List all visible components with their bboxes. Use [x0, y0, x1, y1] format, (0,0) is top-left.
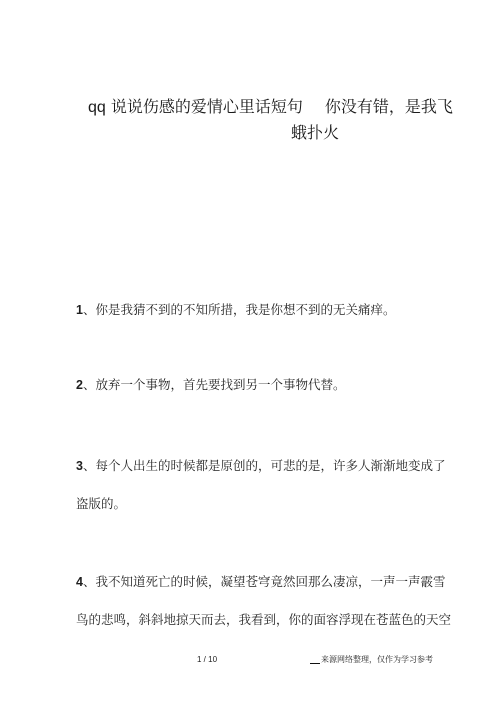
title-subtitle-text: 你没有错，是我飞: [325, 97, 453, 116]
paragraph-number: 4: [76, 575, 83, 589]
paragraph-3-continuation: 盗版的。: [76, 496, 126, 512]
paragraph-3: 3、每个人出生的时候都是原创的，可悲的是，许多人渐渐地变成了: [76, 458, 445, 474]
paragraph-text: 我不知道死亡的时候，凝望苍穹竟然回那么凄凉，一声一声霰雪: [95, 574, 445, 589]
paragraph-text: 每个人出生的时候都是原创的，可悲的是，许多人渐渐地变成了: [95, 458, 445, 473]
paragraph-4-continuation: 鸟的悲鸣，斜斜地掠天而去，我看到，你的面容浮现在苍蓝色的天空: [76, 612, 451, 628]
paragraph-2: 2、放弃一个事物，首先要找到另一个事物代替。: [76, 377, 345, 393]
paragraph-text: 你是我猜不到的不知所措，我是你想不到的无关痛痒。: [95, 302, 395, 317]
paragraph-separator: 、: [83, 377, 96, 392]
paragraph-number: 2: [76, 378, 83, 392]
document-title-line-1: qq 说说伤感的爱情心里话短句你没有错，是我飞: [88, 97, 453, 118]
paragraph-separator: 、: [83, 458, 96, 473]
title-latin-prefix: qq: [88, 99, 106, 116]
paragraph-1: 1、你是我猜不到的不知所措，我是你想不到的无关痛痒。: [76, 302, 395, 318]
source-note-text: 来源网络整理，仅作为学习参考: [321, 654, 433, 665]
document-title-line-2: 蛾扑火: [291, 123, 339, 143]
underline-mark: [310, 663, 320, 664]
page-indicator: 1 / 10: [197, 654, 217, 665]
paragraph-number: 3: [76, 459, 83, 473]
paragraph-4: 4、我不知道死亡的时候，凝望苍穹竟然回那么凄凉，一声一声霰雪: [76, 574, 445, 590]
paragraph-text: 放弃一个事物，首先要找到另一个事物代替。: [95, 377, 345, 392]
paragraph-separator: 、: [83, 302, 96, 317]
title-main-text: 说说伤感的爱情心里话短句: [111, 97, 303, 116]
paragraph-number: 1: [76, 303, 83, 317]
paragraph-separator: 、: [83, 574, 96, 589]
source-note: 来源网络整理，仅作为学习参考: [310, 654, 433, 665]
document-page: qq 说说伤感的爱情心里话短句你没有错，是我飞 蛾扑火 1、你是我猜不到的不知所…: [0, 0, 500, 708]
